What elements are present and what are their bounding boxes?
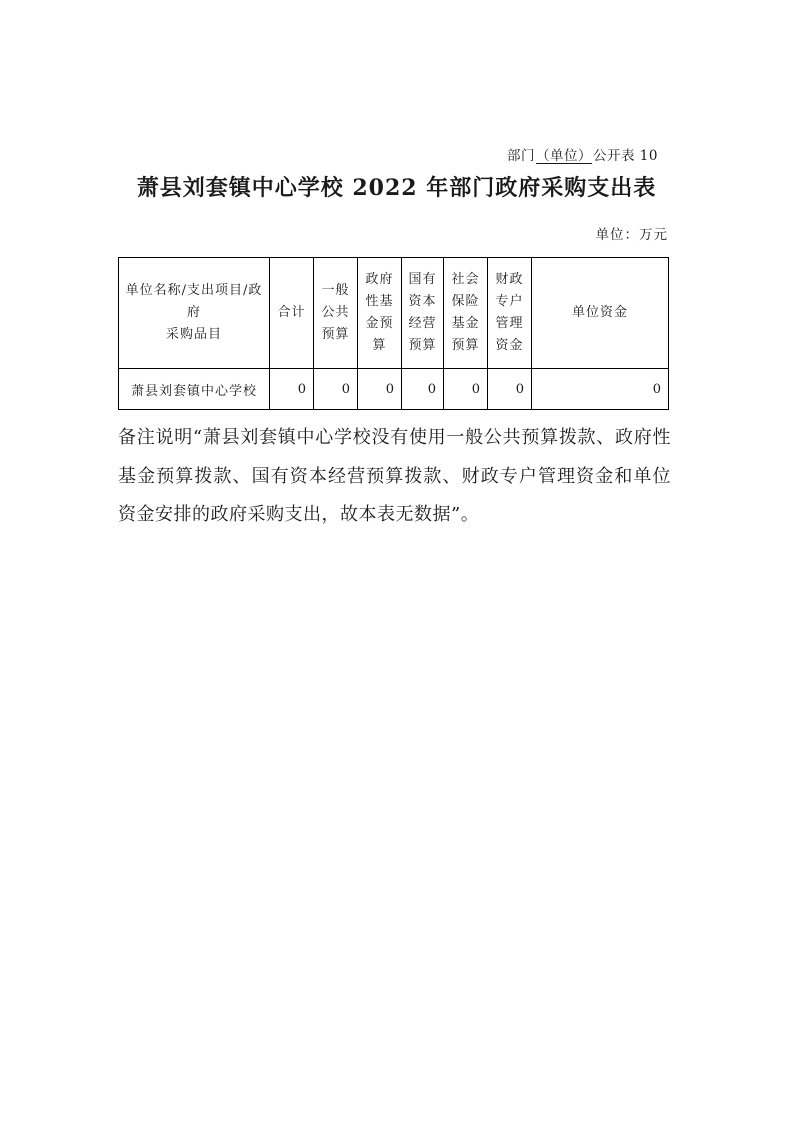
col-header-fiscal-special-account: 财政 专户 管理 资金 bbox=[488, 258, 532, 369]
col-header-social-insurance-budget: 社会 保险 基金 预算 bbox=[444, 258, 488, 369]
col-header-name: 单位名称/支出项目/政府 采购品目 bbox=[119, 258, 270, 369]
value-cell-general-public-budget: 0 bbox=[314, 369, 358, 410]
note-text: 备注说明“萧县刘套镇中心学校没有使用一般公共预算拨款、政府性基金预算拨款、国有资… bbox=[118, 419, 671, 535]
unit-label: 单位：万元 bbox=[0, 223, 668, 243]
corner-label: 部门（单位）公开表 10 bbox=[0, 144, 658, 164]
value-cell-unit-funds: 0 bbox=[532, 369, 669, 410]
table-row: 萧县刘套镇中心学校 0 0 0 0 0 0 0 bbox=[119, 369, 669, 410]
page-title: 萧县刘套镇中心学校 2022 年部门政府采购支出表 bbox=[0, 171, 793, 202]
value-cell-state-capital-budget: 0 bbox=[402, 369, 444, 410]
value-cell-fiscal-special-account: 0 bbox=[488, 369, 532, 410]
corner-label-prefix: 部门 bbox=[507, 148, 535, 164]
col-header-state-capital-budget: 国有 资本 经营 预算 bbox=[402, 258, 444, 369]
col-header-general-public-budget: 一般 公共 预算 bbox=[314, 258, 358, 369]
col-header-total: 合计 bbox=[270, 258, 314, 369]
col-header-unit-funds: 单位资金 bbox=[532, 258, 669, 369]
value-cell-social-insurance-budget: 0 bbox=[444, 369, 488, 410]
document-page: 部门（单位）公开表 10 萧县刘套镇中心学校 2022 年部门政府采购支出表 单… bbox=[0, 0, 793, 1122]
corner-label-underlined: （单位） bbox=[535, 148, 593, 164]
row-name-cell: 萧县刘套镇中心学校 bbox=[119, 369, 270, 410]
value-cell-total: 0 bbox=[270, 369, 314, 410]
procurement-table: 单位名称/支出项目/政府 采购品目 合计 一般 公共 预算 政府 性基 金预 算… bbox=[118, 257, 669, 410]
table-header-row: 单位名称/支出项目/政府 采购品目 合计 一般 公共 预算 政府 性基 金预 算… bbox=[119, 258, 669, 369]
value-cell-govt-fund-budget: 0 bbox=[358, 369, 402, 410]
corner-label-suffix: 公开表 10 bbox=[593, 148, 658, 164]
col-header-govt-fund-budget: 政府 性基 金预 算 bbox=[358, 258, 402, 369]
